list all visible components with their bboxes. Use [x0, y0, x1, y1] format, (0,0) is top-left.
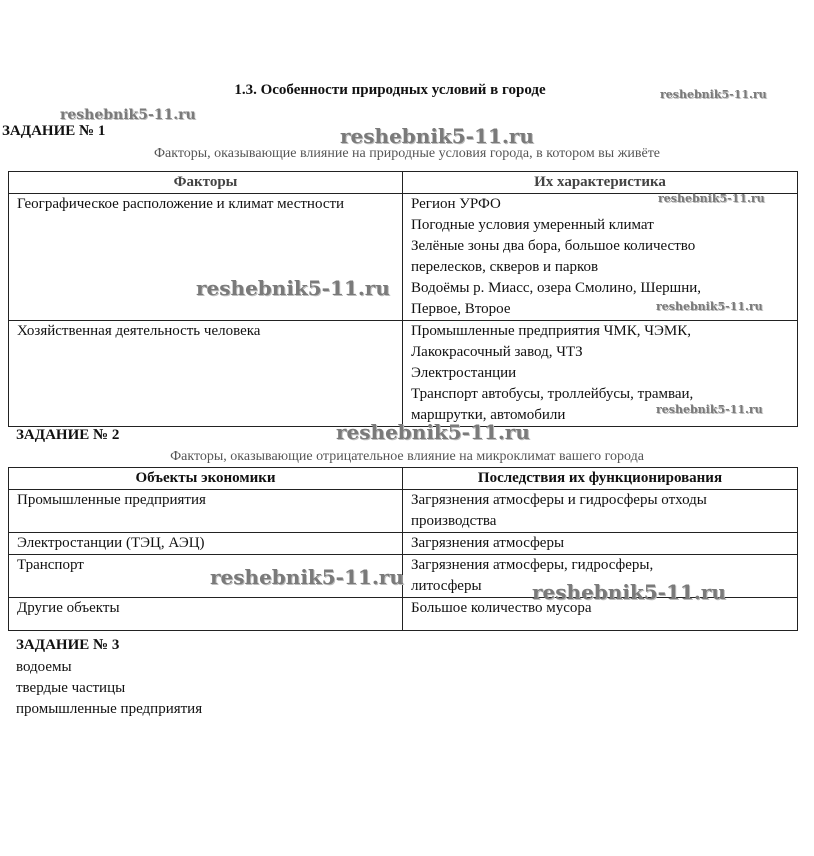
table-row: Хозяйственная деятельность человека Пром… [9, 321, 798, 427]
page-title: 1.3. Особенности природных условий в гор… [0, 82, 780, 99]
characteristics-cell: Промышленные предприятия ЧМК, ЧЭМК, Лако… [403, 321, 798, 427]
object-cell: Транспорт [9, 555, 403, 598]
task3-answers: водоемы твердые частицы промышленные пре… [16, 657, 202, 720]
table-header-row: Объекты экономики Последствия их функцио… [9, 468, 798, 490]
answer-item: твердые частицы [16, 678, 202, 699]
factor-cell: Географическое расположение и климат мес… [9, 194, 403, 321]
table-row: Промышленные предприятия Загрязнения атм… [9, 490, 798, 533]
table-row: Географическое расположение и климат мес… [9, 194, 798, 321]
column-header-objects: Объекты экономики [9, 468, 403, 490]
object-cell: Промышленные предприятия [9, 490, 403, 533]
characteristics-cell: Регион УРФО Погодные условия умеренный к… [403, 194, 798, 321]
column-header-factors: Факторы [9, 172, 403, 194]
consequence-line: Большое количество мусора [411, 598, 789, 619]
column-header-consequences: Последствия их функционирования [403, 468, 798, 490]
table-row: Электростанции (ТЭЦ, АЭЦ) Загрязнения ат… [9, 533, 798, 555]
watermark: reshebnik5-11.ru [340, 124, 534, 148]
answer-item: водоемы [16, 657, 202, 678]
factor-cell: Хозяйственная деятельность человека [9, 321, 403, 427]
characteristic-line: Лакокрасочный завод, ЧТЗ [411, 342, 789, 363]
object-cell: Другие объекты [9, 598, 403, 631]
characteristic-line: Промышленные предприятия ЧМК, ЧЭМК, [411, 321, 789, 342]
consequence-line: Загрязнения атмосферы, гидросферы, [411, 555, 789, 576]
task3-heading: ЗАДАНИЕ № 3 [16, 637, 119, 654]
characteristic-line: Водоёмы р. Миасс, озера Смолино, Шершни, [411, 278, 789, 299]
watermark: reshebnik5-11.ru [60, 107, 196, 123]
characteristic-line: перелесков, скверов и парков [411, 257, 789, 278]
characteristic-line: Электростанции [411, 363, 789, 384]
task2-subtitle: Факторы, оказывающие отрицательное влиян… [0, 449, 814, 465]
characteristic-line: Транспорт автобусы, троллейбусы, трамваи… [411, 384, 789, 405]
consequence-cell: Большое количество мусора [403, 598, 798, 631]
characteristic-line: Зелёные зоны два бора, большое количеств… [411, 236, 789, 257]
object-cell: Электростанции (ТЭЦ, АЭЦ) [9, 533, 403, 555]
consequence-line: Загрязнения атмосферы и гидросферы отход… [411, 490, 789, 511]
consequence-cell: Загрязнения атмосферы и гидросферы отход… [403, 490, 798, 533]
column-header-characteristics: Их характеристика [403, 172, 798, 194]
task1-heading: ЗАДАНИЕ № 1 [2, 123, 105, 140]
table-header-row: Факторы Их характеристика [9, 172, 798, 194]
table-row: Транспорт Загрязнения атмосферы, гидросф… [9, 555, 798, 598]
consequence-cell: Загрязнения атмосферы, гидросферы, литос… [403, 555, 798, 598]
task1-subtitle: Факторы, оказывающие влияние на природны… [0, 146, 814, 162]
characteristic-line: Погодные условия умеренный климат [411, 215, 789, 236]
economy-objects-table: Объекты экономики Последствия их функцио… [8, 467, 798, 631]
characteristic-line: маршрутки, автомобили [411, 405, 789, 426]
characteristic-line: Первое, Второе [411, 299, 789, 320]
consequence-line: Загрязнения атмосферы [411, 533, 789, 554]
characteristic-line: Регион УРФО [411, 194, 789, 215]
factors-table: Факторы Их характеристика Географическое… [8, 171, 798, 427]
consequence-line: производства [411, 511, 789, 532]
table-row: Другие объекты Большое количество мусора [9, 598, 798, 631]
answer-item: промышленные предприятия [16, 699, 202, 720]
task2-heading: ЗАДАНИЕ № 2 [16, 427, 119, 444]
consequence-cell: Загрязнения атмосферы [403, 533, 798, 555]
consequence-line: литосферы [411, 576, 789, 597]
